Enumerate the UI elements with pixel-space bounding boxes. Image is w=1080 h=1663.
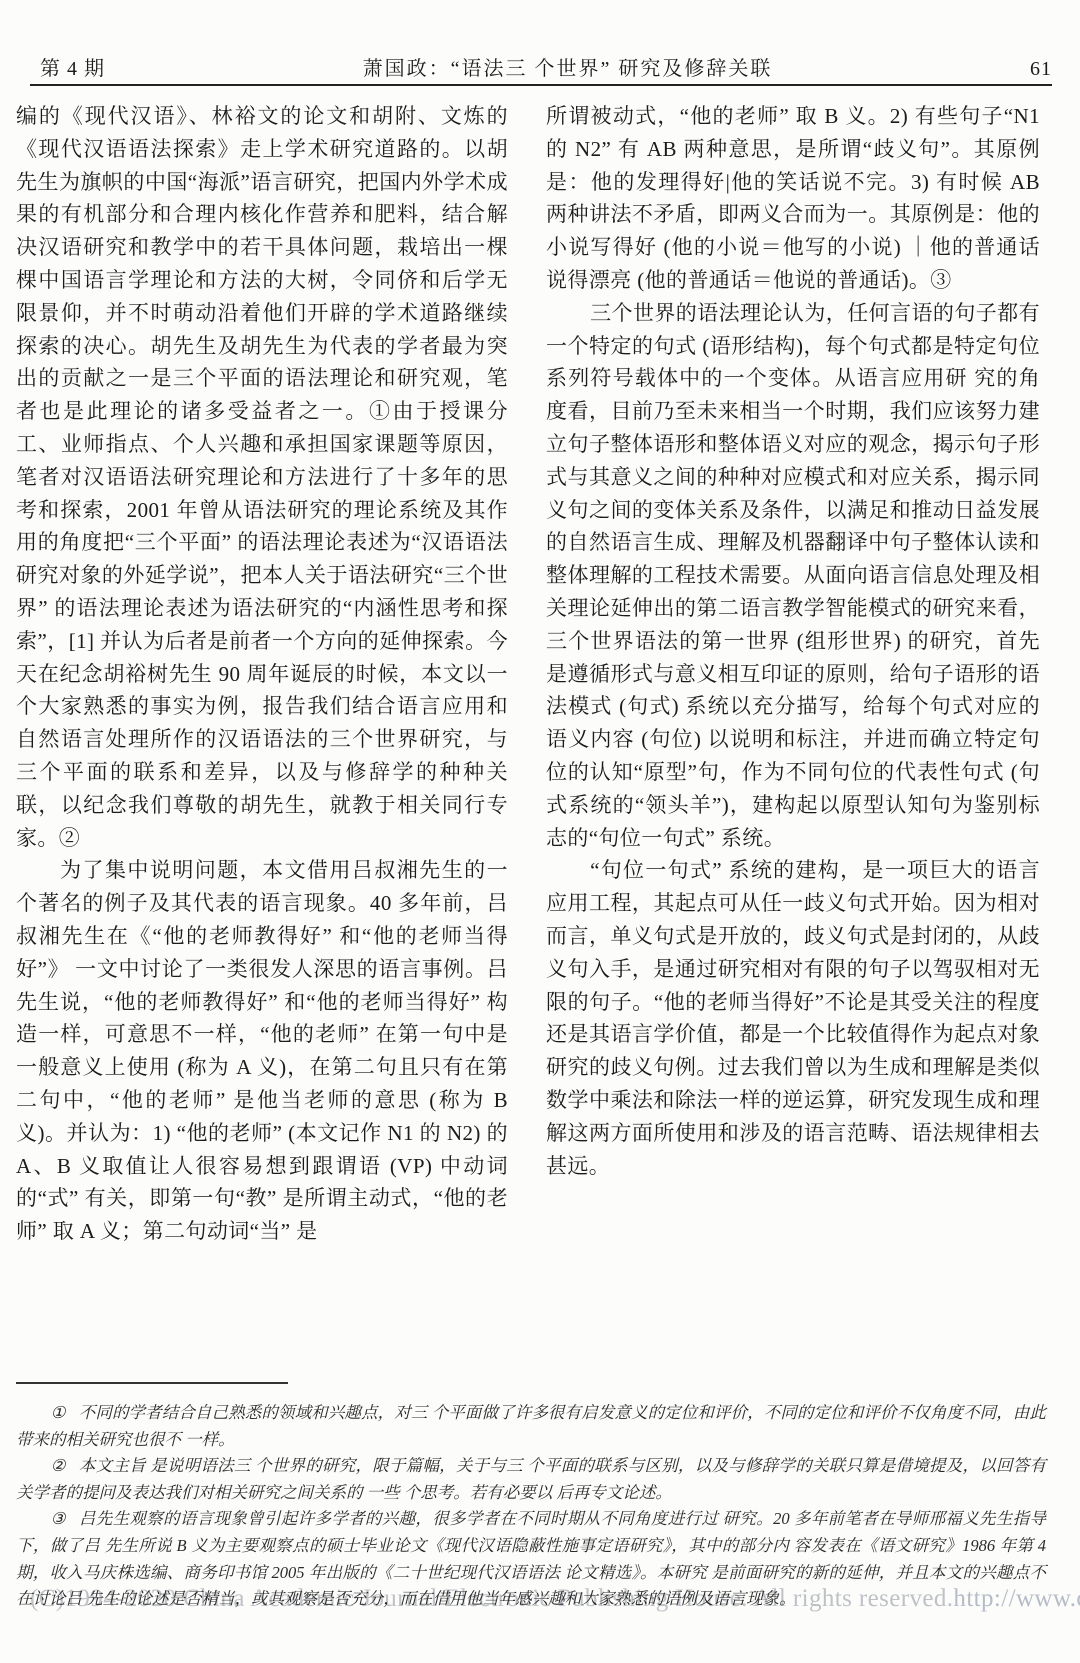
footnotes-section: ①不同的学者结合自己熟悉的领域和兴趣点，对三 个平面做了许多很有启发意义的定位和… xyxy=(16,1400,1046,1613)
column-left: 编的《现代汉语》、林裕文的论文和胡附、文炼的《现代汉语语法探索》走上学术研究道路… xyxy=(16,100,508,1248)
footnote-text: 吕先生观察的语言现象曾引起许多学者的兴趣，很多学者在不同时期从不同角度进行过 研… xyxy=(16,1509,1046,1608)
footnote-text: 本文主旨 是说明语法三 个世界的研究，限于篇幅，关于与三 个平面的联系与区别，以… xyxy=(16,1456,1046,1502)
paper-page: 第 4 期 萧国政：“语法三 个世界” 研究及修辞关联 61 编的《现代汉语》、… xyxy=(0,0,1080,1663)
paragraph: 为了集中说明问题，本文借用吕叔湘先生的一个著名的例子及其代表的语言现象。40 多… xyxy=(16,854,508,1248)
paragraph: “句位一句式” 系统的建构，是一项巨大的语言应用工程，其起点可从任一歧义句式开始… xyxy=(546,854,1040,1182)
article-body: 编的《现代汉语》、林裕文的论文和胡附、文炼的《现代汉语语法探索》走上学术研究道路… xyxy=(16,100,1044,1248)
paragraph: 所谓被动式，“他的老师” 取 B 义。2) 有些句子“N1 的 N2” 有 AB… xyxy=(546,100,1040,297)
footnote-marker: ② xyxy=(51,1456,66,1475)
footnote-item: ①不同的学者结合自己熟悉的领域和兴趣点，对三 个平面做了许多很有启发意义的定位和… xyxy=(16,1400,1046,1453)
page-header: 第 4 期 萧国政：“语法三 个世界” 研究及修辞关联 61 xyxy=(40,52,1052,80)
footnote-marker: ③ xyxy=(51,1509,66,1528)
footnote-text: 不同的学者结合自己熟悉的领域和兴趣点，对三 个平面做了许多很有启发意义的定位和评… xyxy=(16,1403,1046,1449)
paragraph: 编的《现代汉语》、林裕文的论文和胡附、文炼的《现代汉语语法探索》走上学术研究道路… xyxy=(16,100,508,854)
journal-issue: 第 4 期 xyxy=(40,52,105,81)
paragraph: 三个世界的语法理论认为，任何言语的句子都有一个特定的句式 (语形结构)，每个句式… xyxy=(546,297,1040,855)
footnote-separator xyxy=(16,1382,288,1384)
footnote-item: ③吕先生观察的语言现象曾引起许多学者的兴趣，很多学者在不同时期从不同角度进行过 … xyxy=(16,1506,1046,1612)
column-right: 所谓被动式，“他的老师” 取 B 义。2) 有些句子“N1 的 N2” 有 AB… xyxy=(546,100,1040,1248)
footnote-item: ②本文主旨 是说明语法三 个世界的研究，限于篇幅，关于与三 个平面的联系与区别，… xyxy=(16,1453,1046,1506)
header-rule xyxy=(30,84,1052,86)
running-title: 萧国政：“语法三 个世界” 研究及修辞关联 xyxy=(363,52,773,81)
page-number: 61 xyxy=(1030,58,1052,81)
footnote-marker: ① xyxy=(51,1403,66,1422)
